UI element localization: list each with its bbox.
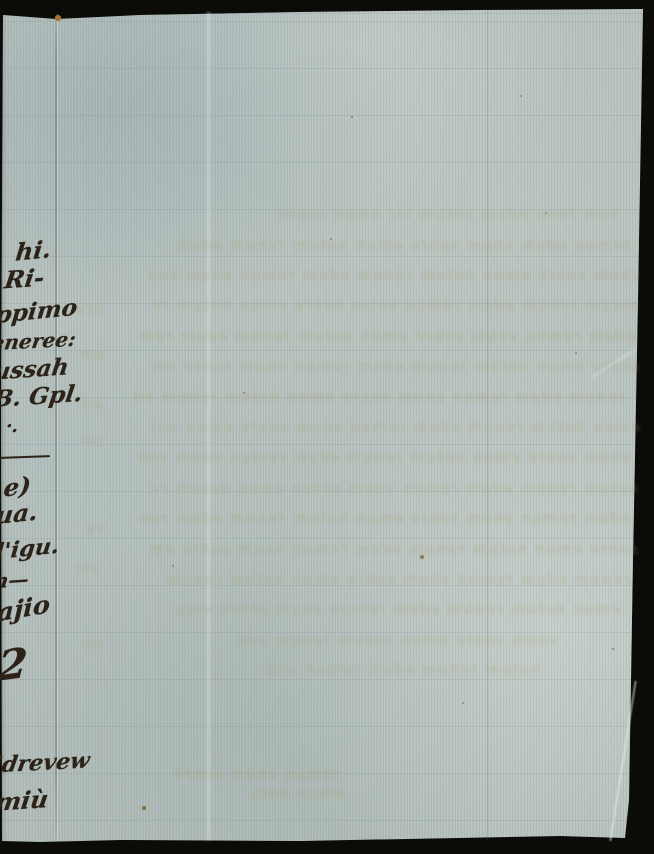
handwriting-fragment: ua. xyxy=(0,497,39,530)
showthrough-line: remun edam vnum sonre emun notum renum e… xyxy=(150,236,630,254)
handwriting-fragment: hi. xyxy=(14,234,53,266)
showthrough-line: edam remun vnum sonre emun notum renum e… xyxy=(135,327,635,345)
showthrough-line: emun notu xyxy=(222,784,344,802)
showthrough-line: remun vnum sonre xyxy=(150,765,340,783)
showthrough-line: sonre emun notum renum edam remun vnum s… xyxy=(150,540,638,558)
showthrough-line: emun notum renum edam remun vnum sonre e… xyxy=(150,418,640,436)
showthrough-line: nu xyxy=(60,430,102,448)
showthrough-line: emun notum renum edam remun vnum sonre e… xyxy=(170,600,620,618)
manuscript-scan: num renu edam notum vir emun sonreremun … xyxy=(0,0,654,854)
showthrough-line: re xyxy=(62,520,102,538)
showthrough-line: sonre emun notum renum edam remun vnum s… xyxy=(148,357,640,375)
showthrough-line: edam remun vnum sonre emun notum renum e… xyxy=(140,509,630,527)
handwriting-fragment: 2 xyxy=(0,638,29,691)
showthrough-line: notum renum edam remun vnum sonre emun n… xyxy=(150,479,638,497)
vertical-fold-line xyxy=(55,14,57,840)
handwriting-fragment: n— xyxy=(0,567,30,593)
handwriting-fragment: idrevew xyxy=(0,748,92,779)
showthrough-line: vnum sonre emun notum renum edam remun v… xyxy=(138,448,630,466)
showthrough-line: notum renum edam remun vnum sonre emun n… xyxy=(145,296,640,314)
showthrough-line: on xyxy=(62,635,102,653)
handwriting-fragment: miù xyxy=(0,784,50,817)
showthrough-line: vnum sonre emun notum renum edam remun v… xyxy=(135,266,640,284)
showthrough-line: vm xyxy=(60,560,100,578)
showthrough-line: renum edam remun vnum sonre emun notum r… xyxy=(135,388,625,406)
showthrough-line: renum edam remun vnum sonre emun notum r… xyxy=(158,570,630,588)
showthrough-line: num renu edam notum vir emun sonre xyxy=(250,205,620,223)
showthrough-line: vnum sonre emun notum renum eda xyxy=(228,631,558,649)
showthrough-line: notum renum edam remun vnu xyxy=(250,660,540,678)
handwriting-fragment: eneree: xyxy=(0,327,78,355)
foxing-specks xyxy=(0,0,2,2)
handwriting-fragment: Ri- xyxy=(3,263,47,295)
